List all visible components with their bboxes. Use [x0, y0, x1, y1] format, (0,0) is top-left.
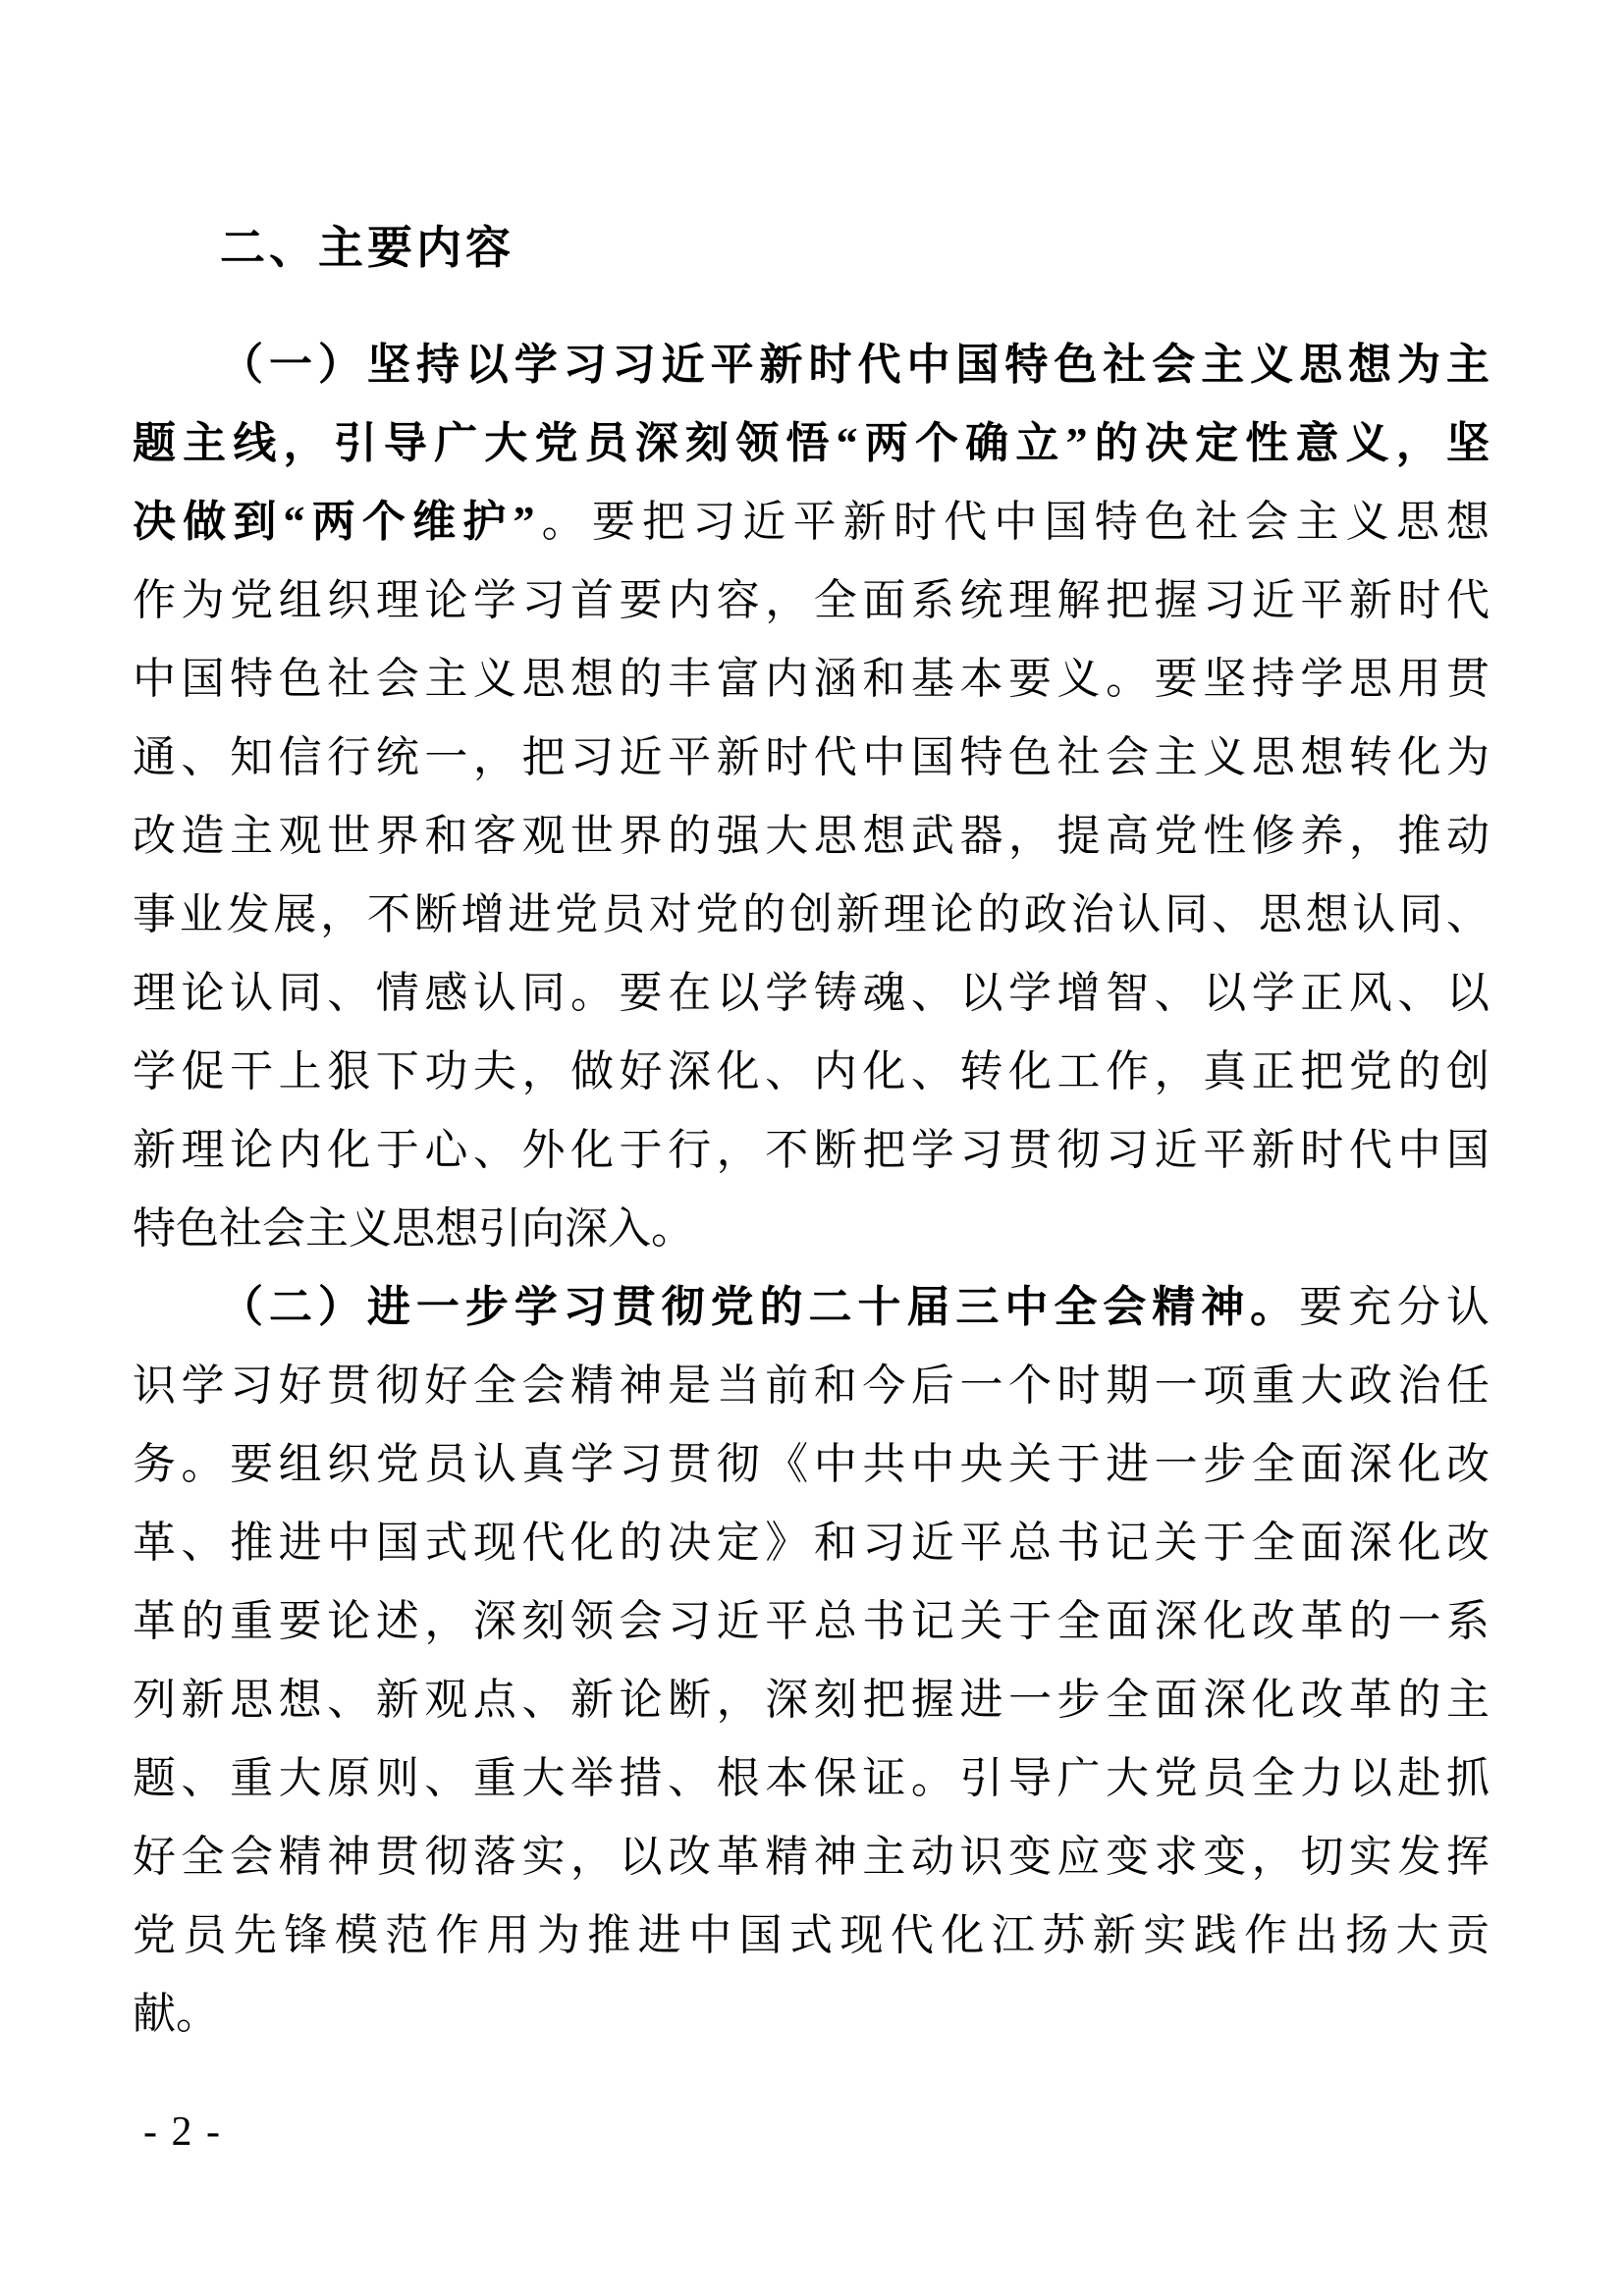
- emphasis-text-segment: （二）进一步学习贯彻党的二十届三中全会精神。: [220, 1283, 1299, 1331]
- text-line: 决做到“两个维护”。要把习近平新时代中国特色社会主义思想: [133, 483, 1489, 561]
- body-text-segment: 列新思想、新观点、新论断，深刻把握进一步全面深化改革的主: [133, 1676, 1489, 1724]
- body-text-segment: 。要把习近平新时代中国特色社会主义思想: [534, 498, 1489, 546]
- body-text-segment: 党员先锋模范作用为推进中国式现代化江苏新实践作出扬大贡: [133, 1911, 1489, 1959]
- document-content: 二、主要内容 （一）坚持以学习习近平新时代中国特色社会主义思想为主题主线，引导广…: [133, 224, 1489, 2054]
- body-text-segment: 新理论内化于心、外化于行，不断把学习贯彻习近平新时代中国: [133, 1126, 1489, 1174]
- text-line: 识学习好贯彻好全会精神是当前和今后一个时期一项重大政治任: [133, 1347, 1489, 1425]
- body-text-segment: 改造主观世界和客观世界的强大思想武器，提高党性修养，推动: [133, 812, 1489, 860]
- body-text-segment: 理论认同、情感认同。要在以学铸魂、以学增智、以学正风、以: [133, 969, 1489, 1017]
- text-line: 理论认同、情感认同。要在以学铸魂、以学增智、以学正风、以: [133, 954, 1489, 1033]
- text-line: 务。要组织党员认真学习贯彻《中共中央关于进一步全面深化改: [133, 1425, 1489, 1504]
- text-line: 作为党组织理论学习首要内容，全面系统理解把握习近平新时代: [133, 561, 1489, 640]
- body-text-segment: 中国特色社会主义思想的丰富内涵和基本要义。要坚持学思用贯: [133, 655, 1489, 703]
- text-line: 好全会精神贯彻落实，以改革精神主动识变应变求变，切实发挥: [133, 1818, 1489, 1896]
- body-text-segment: 献。: [133, 1990, 219, 2038]
- document-page: 二、主要内容 （一）坚持以学习习近平新时代中国特色社会主义思想为主题主线，引导广…: [0, 0, 1624, 2296]
- body-text: （一）坚持以学习习近平新时代中国特色社会主义思想为主题主线，引导广大党员深刻领悟…: [133, 326, 1489, 2054]
- text-line: 事业发展，不断增进党员对党的创新理论的政治认同、思想认同、: [133, 876, 1489, 954]
- text-line: 列新思想、新观点、新论断，深刻把握进一步全面深化改革的主: [133, 1661, 1489, 1739]
- page-number: - 2 -: [143, 2109, 222, 2156]
- body-text-segment: 要充分认: [1299, 1283, 1489, 1331]
- body-text-segment: 革的重要论述，深刻领会习近平总书记关于全面深化改革的一系: [133, 1597, 1489, 1645]
- body-text-segment: 作为党组织理论学习首要内容，全面系统理解把握习近平新时代: [133, 576, 1489, 624]
- text-line: 革的重要论述，深刻领会习近平总书记关于全面深化改革的一系: [133, 1582, 1489, 1661]
- body-text-segment: 特色社会主义思想引向深入。: [133, 1204, 694, 1253]
- body-text-segment: 学促干上狠下功夫，做好深化、内化、转化工作，真正把党的创: [133, 1047, 1489, 1095]
- text-line: 革、推进中国式现代化的决定》和习近平总书记关于全面深化改: [133, 1504, 1489, 1582]
- text-line: （二）进一步学习贯彻党的二十届三中全会精神。要充分认: [133, 1268, 1489, 1347]
- text-line: 献。: [133, 1975, 1489, 2054]
- emphasis-text-segment: 题主线，引导广大党员深刻领悟“两个确立”的决定性意义，坚: [133, 419, 1489, 467]
- text-line: 通、知信行统一，把习近平新时代中国特色社会主义思想转化为: [133, 719, 1489, 797]
- emphasis-text-segment: 决做到“两个维护”: [133, 498, 534, 546]
- text-line: （一）坚持以学习习近平新时代中国特色社会主义思想为主: [133, 326, 1489, 404]
- text-line: 题主线，引导广大党员深刻领悟“两个确立”的决定性意义，坚: [133, 404, 1489, 483]
- text-line: 新理论内化于心、外化于行，不断把学习贯彻习近平新时代中国: [133, 1111, 1489, 1190]
- text-line: 题、重大原则、重大举措、根本保证。引导广大党员全力以赴抓: [133, 1739, 1489, 1818]
- body-text-segment: 好全会精神贯彻落实，以改革精神主动识变应变求变，切实发挥: [133, 1833, 1489, 1881]
- section-heading: 二、主要内容: [220, 224, 1489, 271]
- text-line: 特色社会主义思想引向深入。: [133, 1190, 1489, 1268]
- text-line: 改造主观世界和客观世界的强大思想武器，提高党性修养，推动: [133, 797, 1489, 876]
- body-text-segment: 务。要组织党员认真学习贯彻《中共中央关于进一步全面深化改: [133, 1440, 1489, 1488]
- body-text-segment: 识学习好贯彻好全会精神是当前和今后一个时期一项重大政治任: [133, 1362, 1489, 1410]
- body-text-segment: 事业发展，不断增进党员对党的创新理论的政治认同、思想认同、: [133, 890, 1489, 938]
- body-text-segment: 题、重大原则、重大举措、根本保证。引导广大党员全力以赴抓: [133, 1754, 1489, 1802]
- body-text-segment: 革、推进中国式现代化的决定》和习近平总书记关于全面深化改: [133, 1519, 1489, 1567]
- text-line: 学促干上狠下功夫，做好深化、内化、转化工作，真正把党的创: [133, 1033, 1489, 1111]
- emphasis-text-segment: （一）坚持以学习习近平新时代中国特色社会主义思想为主: [220, 341, 1489, 389]
- text-line: 党员先锋模范作用为推进中国式现代化江苏新实践作出扬大贡: [133, 1896, 1489, 1975]
- body-text-segment: 通、知信行统一，把习近平新时代中国特色社会主义思想转化为: [133, 733, 1489, 781]
- text-line: 中国特色社会主义思想的丰富内涵和基本要义。要坚持学思用贯: [133, 640, 1489, 719]
